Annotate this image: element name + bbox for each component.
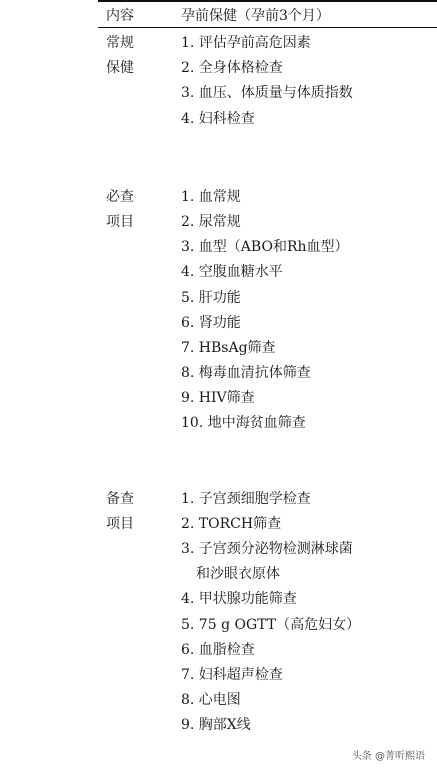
section-routine-care: 常规 保健 1. 评估孕前高危因素 2. 全身体格检查 3. 血压、体质量与体质… — [98, 31, 437, 132]
label-line: 备查 — [106, 487, 181, 512]
label-line: 项目 — [106, 512, 181, 537]
label-line: 保健 — [106, 56, 181, 81]
label-line: 必查 — [106, 185, 181, 210]
list-item: 3. 血型（ABO和Rh血型） — [181, 235, 437, 260]
item-list: 1. 血常规 2. 尿常规 3. 血型（ABO和Rh血型） 4. 空腹血糖水平 … — [181, 185, 437, 437]
label-line: 项目 — [106, 210, 181, 235]
list-item: 1. 子宫颈细胞学检查 — [181, 487, 437, 512]
section-optional-tests: 备查 项目 1. 子宫颈细胞学检查 2. TORCH筛查 3. 子宫颈分泌物检测… — [98, 487, 437, 739]
list-item: 2. 尿常规 — [181, 210, 437, 235]
list-item: 1. 评估孕前高危因素 — [181, 31, 437, 56]
list-item: 8. 梅毒血清抗体筛查 — [181, 361, 437, 386]
list-item: 9. 胸部X线 — [181, 713, 437, 738]
list-item: 10. 地中海贫血筛查 — [181, 411, 437, 436]
list-item: 9. HIV筛查 — [181, 386, 437, 411]
section-label: 必查 项目 — [98, 185, 181, 437]
header-care: 孕前保健（孕前3个月） — [181, 5, 437, 25]
list-item: 7. HBsAg筛查 — [181, 336, 437, 361]
list-item: 3. 血压、体质量与体质指数 — [181, 81, 437, 106]
list-item: 1. 血常规 — [181, 185, 437, 210]
list-item: 2. 全身体格检查 — [181, 56, 437, 81]
section-label: 常规 保健 — [98, 31, 181, 132]
list-item: 5. 75 g OGTT（高危妇女） — [181, 613, 437, 638]
list-item: 3. 子宫颈分泌物检测淋球菌 — [181, 537, 437, 562]
list-item: 4. 空腹血糖水平 — [181, 260, 437, 285]
section-label: 备查 项目 — [98, 487, 181, 739]
item-list: 1. 评估孕前高危因素 2. 全身体格检查 3. 血压、体质量与体质指数 4. … — [181, 31, 437, 132]
watermark: 头条 @菁听熙语 — [352, 747, 425, 762]
list-item: 6. 肾功能 — [181, 311, 437, 336]
table-header: 内容 孕前保健（孕前3个月） — [98, 2, 437, 28]
list-item: 8. 心电图 — [181, 688, 437, 713]
list-item: 7. 妇科超声检查 — [181, 663, 437, 688]
list-item: 4. 妇科检查 — [181, 107, 437, 132]
section-required-tests: 必查 项目 1. 血常规 2. 尿常规 3. 血型（ABO和Rh血型） 4. 空… — [98, 185, 437, 437]
list-item: 2. TORCH筛查 — [181, 512, 437, 537]
item-list: 1. 子宫颈细胞学检查 2. TORCH筛查 3. 子宫颈分泌物检测淋球菌 和沙… — [181, 487, 437, 739]
list-item: 6. 血脂检查 — [181, 638, 437, 663]
list-item-continuation: 和沙眼衣原体 — [181, 562, 437, 587]
header-content: 内容 — [98, 5, 181, 25]
prepregnancy-care-table: 内容 孕前保健（孕前3个月） 常规 保健 1. 评估孕前高危因素 2. 全身体格… — [98, 0, 437, 739]
list-item: 5. 肝功能 — [181, 286, 437, 311]
list-item: 4. 甲状腺功能筛查 — [181, 587, 437, 612]
label-line: 常规 — [106, 31, 181, 56]
